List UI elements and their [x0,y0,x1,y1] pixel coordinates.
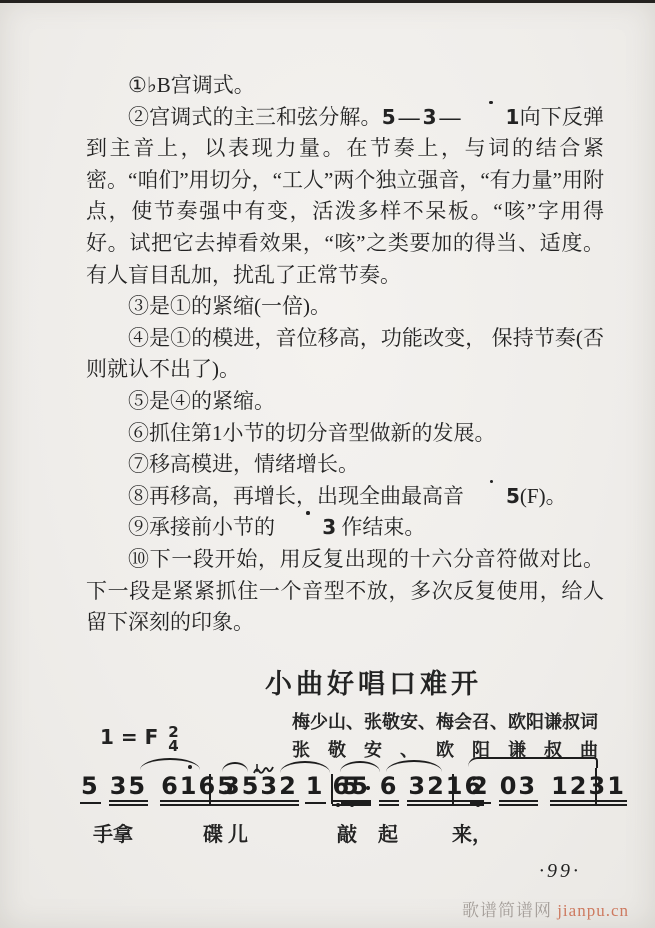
notes: 1231 [551,772,626,800]
barline [452,774,454,804]
notes: 1 [306,772,325,800]
scan-top-edge [0,0,655,3]
paragraph-4: ④是①的模进，音位移高，功能改变， 保持节奏(否则就认不出了)。 [86,323,604,386]
page-number: ·99· [520,860,600,883]
time-signature-bottom: 4 [168,739,178,753]
inline-note-high-5: 5 [464,481,520,513]
analysis-text-block: ①♭B宫调式。 ②宫调式的主三和弦分解。5—3—1向下反弹到主音上，以表现力量。… [86,70,604,639]
paragraph-2: ②宫调式的主三和弦分解。5—3—1向下反弹到主音上，以表现力量。在节奏上，与词的… [86,102,604,292]
barline [209,774,211,804]
notes: 35 [110,772,147,800]
notes: 5 [342,772,361,800]
paragraph-8-post: (F)。 [520,484,567,508]
inline-note-3: 3 [423,105,437,129]
final-barline [595,768,597,806]
lyrics-line: 手拿 碟 儿 敲 起 来， [0,818,655,848]
notes: 6 [380,772,399,800]
inline-note-high-1: 1 [464,102,520,134]
lyric-word: 手拿 [93,818,133,847]
note-group: 1 [305,772,326,804]
notes: 2 [471,772,490,800]
paragraph-2-post: 向下反弹到主音上，以表现力量。在节奏上，与词的结合紧密。“咱们”用切分，“工人”… [86,105,604,287]
watermark: 歌谱简谱网 jianpu.cn [462,896,629,921]
paragraph-9: ⑨承接前小节的 3 作结束。 [86,512,604,544]
note-group: 35 [109,772,148,806]
phrase-slur [468,757,598,768]
paragraph-3: ③是①的紧缩(一倍)。 [86,291,604,323]
time-signature: 24 [168,725,178,753]
note-group: 5 [341,772,371,804]
watermark-site-name: 歌谱简谱网 [462,901,557,920]
note-group: 6 [379,772,400,806]
paragraph-10: ⑩下一段开始，用反复出现的十六分音符做对比。下一段是紧紧抓住一个音型不放，多次反… [86,544,604,639]
measure-1: 5 35 6165 [80,772,237,806]
song-title: 小曲好唱口难开 [265,662,482,701]
measure-3: 5 6 3216 [341,772,484,806]
paragraph-5: ⑤是④的紧缩。 [86,386,604,418]
measure-4: 2 03 1231 [470,772,627,806]
lyric-word: 碟 儿 [203,818,248,847]
lyricists-credit: 梅少山、张敬安、梅会召、欧阳谦叔词 [292,708,598,736]
paragraph-9-post: 作结束。 [336,515,425,539]
lyric-word: 敲 [337,818,357,847]
mordent-ornament-icon [252,754,276,782]
paragraph-2-pre: ②宫调式的主三和弦分解。 [128,105,382,129]
paragraph-9-pre: ⑨承接前小节的 [128,515,280,539]
inline-note-5: 5 [382,105,396,129]
note-group: 03 [499,772,538,806]
augmentation-dot [366,786,370,790]
paragraph-7: ⑦移高模进，情绪增长。 [86,449,604,481]
inline-note-high-3: 3 [280,512,336,544]
note-group: 5 [80,772,101,804]
paragraph-1: ①♭B宫调式。 [86,70,604,102]
paragraph-8-pre: ⑧再移高，再增长，出现全曲最高音 [128,484,464,508]
watermark-site-url: jianpu.cn [557,901,629,920]
key-signature: 1 = F24 [100,725,179,753]
song-credits: 梅少山、张敬安、梅会召、欧阳谦叔词 张敬安、欧阳谦叔曲 [292,708,598,764]
scanned-book-page: ①♭B宫调式。 ②宫调式的主三和弦分解。5—3—1向下反弹到主音上，以表现力量。… [0,0,655,928]
slur [222,762,248,772]
note-dash: — [440,105,461,129]
notes: 03 [500,772,537,800]
slur [140,758,200,770]
note-group: 2 [470,772,491,804]
paragraph-8: ⑧再移高，再增长，出现全曲最高音5(F)。 [86,481,604,513]
note-dash: — [399,105,420,129]
key-signature-text: 1 = F [100,725,158,749]
lyric-word: 来， [452,818,492,847]
barline [331,774,333,804]
octave-dot-low [336,803,340,807]
paragraph-6: ⑥抓住第1小节的切分音型做新的发展。 [86,418,604,450]
notes: 5 [81,772,100,800]
note-group: 1231 [550,772,627,806]
lyric-word: 起 [378,818,398,847]
